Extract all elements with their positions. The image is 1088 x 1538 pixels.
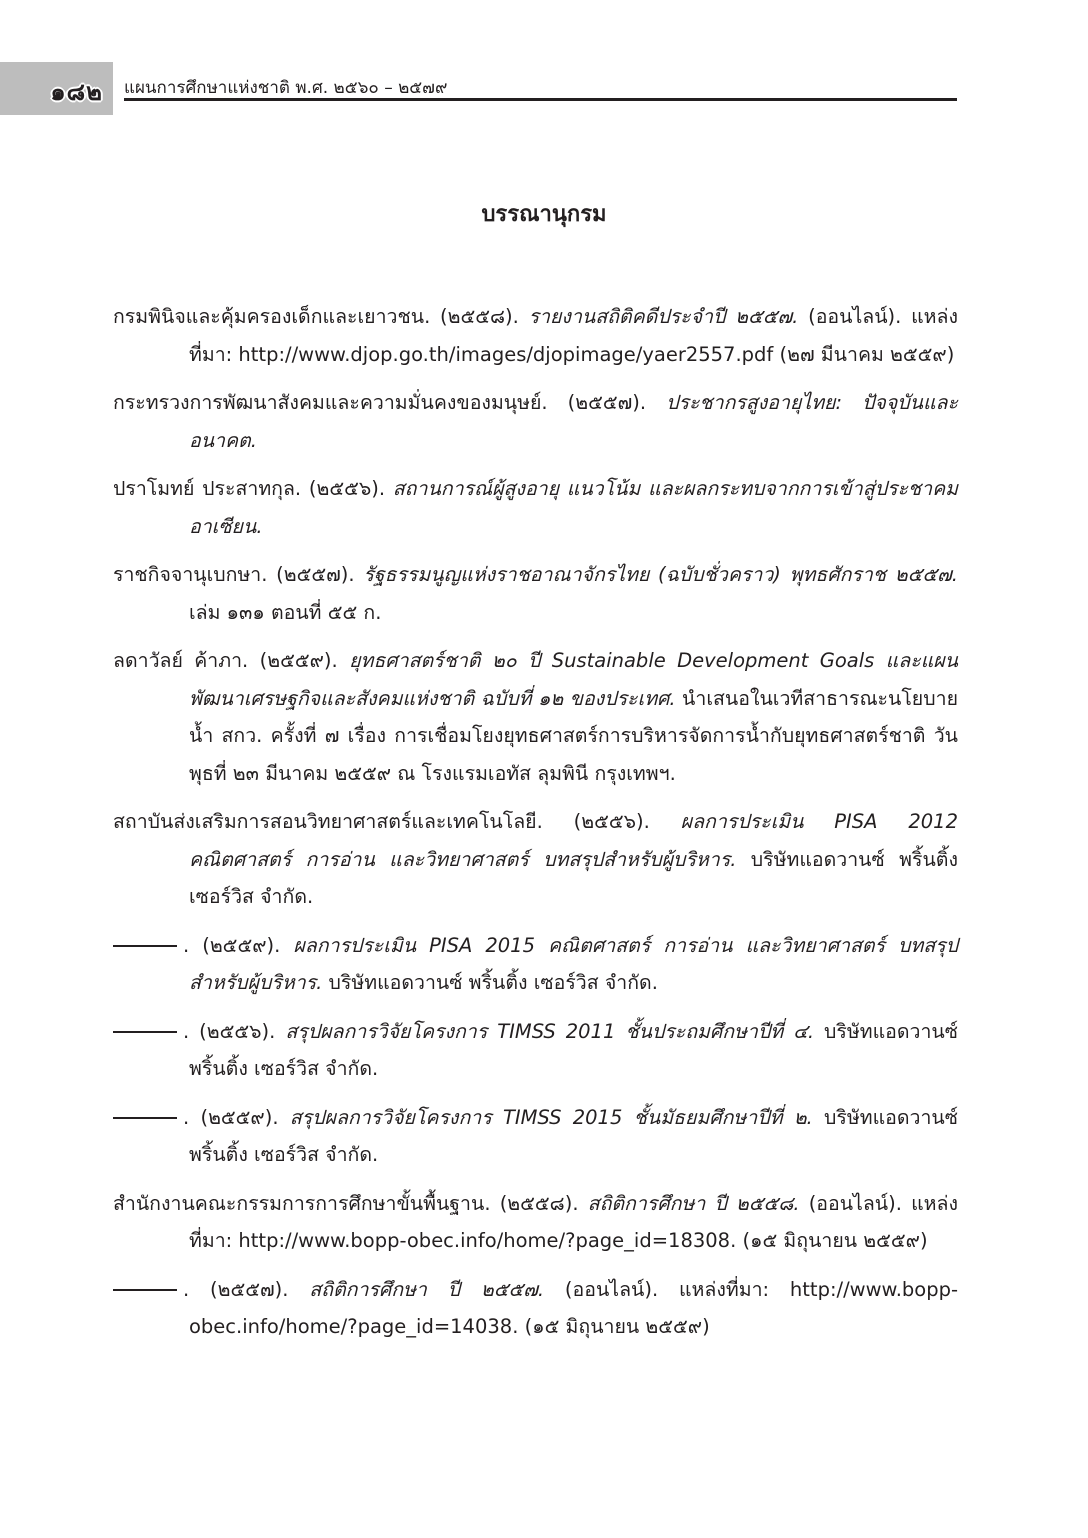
entry-title: สรุปผลการวิจัยโครงการ TIMSS 2011 ชั้นประ… xyxy=(285,1020,814,1043)
entry-year: (๒๕๕๗). xyxy=(267,563,363,586)
entry-author: สถาบันส่งเสริมการสอนวิทยาศาสตร์และเทคโนโ… xyxy=(113,810,543,833)
entry-details: เล่ม ๑๓๑ ตอนที่ ๕๕ ก. xyxy=(189,601,381,624)
header-divider xyxy=(124,98,957,101)
page-number-box: ๑๘๒ xyxy=(0,62,113,115)
bibliography-list: กรมพินิจและคุ้มครองเด็กและเยาวชน. (๒๕๕๘)… xyxy=(113,298,958,1357)
entry-author: สำนักงานคณะกรรมการการศึกษาขั้นพื้นฐาน. xyxy=(113,1192,491,1215)
entry-author: กระทรวงการพัฒนาสังคมและความมั่นคงของมนุษ… xyxy=(113,391,548,414)
entry-year: (๒๕๕๖). xyxy=(301,477,393,500)
page-number: ๑๘๒ xyxy=(50,72,103,111)
bibliography-entry: . (๒๕๕๖). สรุปผลการวิจัยโครงการ TIMSS 20… xyxy=(113,1013,958,1088)
entry-year: (๒๕๕๖). xyxy=(543,810,681,833)
entry-year: . (๒๕๕๖). xyxy=(183,1020,285,1043)
bibliography-entry: สำนักงานคณะกรรมการการศึกษาขั้นพื้นฐาน. (… xyxy=(113,1185,958,1260)
entry-author: ราชกิจจานุเบกษา. xyxy=(113,563,267,586)
entry-title: รายงานสถิติคดีประจำปี ๒๕๕๗. xyxy=(529,305,799,328)
entry-year: . (๒๕๕๗). xyxy=(183,1278,309,1301)
bibliography-entry: ปราโมทย์ ประสาทกุล. (๒๕๕๖). สถานการณ์ผู้… xyxy=(113,470,958,545)
entry-author: ลดาวัลย์ ค้าภา. xyxy=(113,649,248,672)
same-author-dash xyxy=(113,1289,177,1291)
entry-year: . (๒๕๕๙). xyxy=(183,934,293,957)
entry-year: . (๒๕๕๙). xyxy=(183,1106,290,1129)
entry-title: รัฐธรรมนูญแห่งราชอาณาจักรไทย (ฉบับชั่วคร… xyxy=(363,563,958,586)
page-title: บรรณานุกรม xyxy=(0,196,1088,231)
entry-author: ปราโมทย์ ประสาทกุล. xyxy=(113,477,301,500)
entry-title: สรุปผลการวิจัยโครงการ TIMSS 2015 ชั้นมัธ… xyxy=(290,1106,813,1129)
bibliography-entry: ลดาวัลย์ ค้าภา. (๒๕๕๙). ยุทธศาสตร์ชาติ ๒… xyxy=(113,642,958,792)
entry-year: (๒๕๕๙). xyxy=(248,649,349,672)
entry-year: (๒๕๕๘). xyxy=(430,305,528,328)
bibliography-entry: สถาบันส่งเสริมการสอนวิทยาศาสตร์และเทคโนโ… xyxy=(113,803,958,916)
entry-year: (๒๕๕๘). xyxy=(491,1192,588,1215)
same-author-dash xyxy=(113,945,177,947)
bibliography-entry: . (๒๕๕๙). สรุปผลการวิจัยโครงการ TIMSS 20… xyxy=(113,1099,958,1174)
entry-title: สถิติการศึกษา ปี ๒๕๕๗. xyxy=(309,1278,544,1301)
bibliography-entry: ราชกิจจานุเบกษา. (๒๕๕๗). รัฐธรรมนูญแห่งร… xyxy=(113,556,958,631)
bibliography-entry: กรมพินิจและคุ้มครองเด็กและเยาวชน. (๒๕๕๘)… xyxy=(113,298,958,373)
bibliography-entry: . (๒๕๕๗). สถิติการศึกษา ปี ๒๕๕๗. (ออนไลน… xyxy=(113,1271,958,1346)
entry-author: กรมพินิจและคุ้มครองเด็กและเยาวชน. xyxy=(113,305,430,328)
bibliography-entry: กระทรวงการพัฒนาสังคมและความมั่นคงของมนุษ… xyxy=(113,384,958,459)
entry-details: บริษัทแอดวานซ์ พริ้นติ้ง เซอร์วิส จำกัด. xyxy=(322,971,658,994)
bibliography-entry: . (๒๕๕๙). ผลการประเมิน PISA 2015 คณิตศาส… xyxy=(113,927,958,1002)
same-author-dash xyxy=(113,1117,177,1119)
entry-title: สถิติการศึกษา ปี ๒๕๕๘. xyxy=(588,1192,800,1215)
entry-year: (๒๕๕๗). xyxy=(548,391,666,414)
running-header-title: แผนการศึกษาแห่งชาติ พ.ศ. ๒๕๖๐ – ๒๕๗๙ xyxy=(124,74,447,101)
same-author-dash xyxy=(113,1031,177,1033)
